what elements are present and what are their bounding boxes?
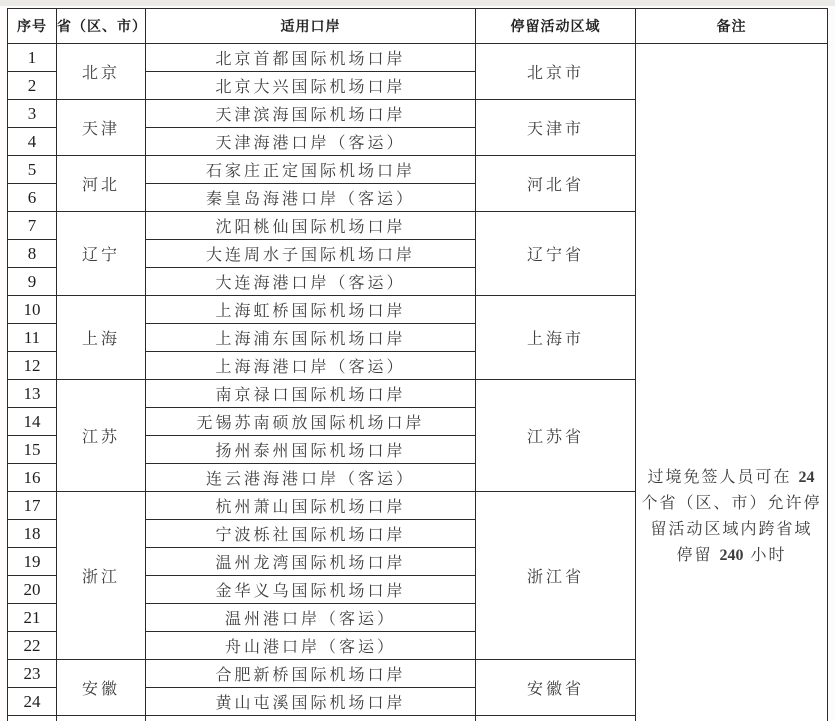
- port-cell: 天津滨海国际机场口岸: [146, 100, 476, 128]
- port-cell: 合肥新桥国际机场口岸: [146, 660, 476, 688]
- port-cell: 上海海港口岸（客运）: [146, 352, 476, 380]
- cutoff-cell: [476, 716, 636, 721]
- port-cell: 杭州萧山国际机场口岸: [146, 492, 476, 520]
- province-cell: 河北: [57, 156, 146, 212]
- province-cell: 辽宁: [57, 212, 146, 296]
- port-cell: 石家庄正定国际机场口岸: [146, 156, 476, 184]
- port-cell: 大连海港口岸（客运）: [146, 268, 476, 296]
- province-cell: 浙江: [57, 492, 146, 660]
- port-cell: 大连周水子国际机场口岸: [146, 240, 476, 268]
- port-cell: 舟山港口岸（客运）: [146, 632, 476, 660]
- row-number-cell: 20: [8, 576, 57, 604]
- row-number-cell: 16: [8, 464, 57, 492]
- header-row: 序号 省（区、市） 适用口岸 停留活动区域 备注: [8, 9, 828, 44]
- row-number-cell: 24: [8, 688, 57, 716]
- row-number-cell: 14: [8, 408, 57, 436]
- row-number-cell: 12: [8, 352, 57, 380]
- row-number-cell: 19: [8, 548, 57, 576]
- note-line: 留活动区域内跨省域: [636, 517, 827, 543]
- row-number-cell: 18: [8, 520, 57, 548]
- row-number-cell: 8: [8, 240, 57, 268]
- cutoff-cell: [8, 716, 57, 721]
- row-number-cell: 21: [8, 604, 57, 632]
- port-cell: 秦皇岛海港口岸（客运）: [146, 184, 476, 212]
- port-cell: 上海虹桥国际机场口岸: [146, 296, 476, 324]
- port-cell: 南京禄口国际机场口岸: [146, 380, 476, 408]
- table-header: 序号 省（区、市） 适用口岸 停留活动区域 备注: [8, 9, 828, 44]
- note-line: 过境免签人员可在 24: [636, 465, 827, 491]
- cutoff-cell: [57, 716, 146, 721]
- port-cell: 金华义乌国际机场口岸: [146, 576, 476, 604]
- port-cell: 黄山屯溪国际机场口岸: [146, 688, 476, 716]
- region-cell: 河北省: [476, 156, 636, 212]
- header-applicable-ports: 适用口岸: [146, 9, 476, 44]
- region-cell: 天津市: [476, 100, 636, 156]
- region-cell: 江苏省: [476, 380, 636, 492]
- table-body: 1北京北京首都国际机场口岸北京市过境免签人员可在 24个省（区、市）允许停留活动…: [8, 44, 828, 721]
- note-text: 过境免签人员可在 24个省（区、市）允许停留活动区域内跨省域停留 240 小时: [636, 44, 827, 569]
- row-number-cell: 2: [8, 72, 57, 100]
- note-line: 个省（区、市）允许停: [636, 491, 827, 517]
- port-cell: 沈阳桃仙国际机场口岸: [146, 212, 476, 240]
- row-number-cell: 1: [8, 44, 57, 72]
- province-cell: 上海: [57, 296, 146, 380]
- row-number-cell: 9: [8, 268, 57, 296]
- port-cell: 北京首都国际机场口岸: [146, 44, 476, 72]
- note-cell: 过境免签人员可在 24个省（区、市）允许停留活动区域内跨省域停留 240 小时: [636, 44, 828, 721]
- province-cell: 天津: [57, 100, 146, 156]
- port-cell: 温州龙湾国际机场口岸: [146, 548, 476, 576]
- row-number-cell: 6: [8, 184, 57, 212]
- header-serial-number: 序号: [8, 9, 57, 44]
- note-line: 停留 240 小时: [636, 543, 827, 569]
- region-cell: 安徽省: [476, 660, 636, 716]
- port-cell: 温州港口岸（客运）: [146, 604, 476, 632]
- region-cell: 北京市: [476, 44, 636, 100]
- row-number-cell: 17: [8, 492, 57, 520]
- row-number-cell: 10: [8, 296, 57, 324]
- page-edge-strip: [0, 0, 835, 6]
- province-cell: 北京: [57, 44, 146, 100]
- port-cell: 宁波栎社国际机场口岸: [146, 520, 476, 548]
- header-remarks: 备注: [636, 9, 828, 44]
- ports-table: 序号 省（区、市） 适用口岸 停留活动区域 备注 1北京北京首都国际机场口岸北京…: [7, 8, 828, 721]
- cutoff-cell: [146, 716, 476, 721]
- row-number-cell: 7: [8, 212, 57, 240]
- port-cell: 无锡苏南硕放国际机场口岸: [146, 408, 476, 436]
- province-cell: 安徽: [57, 660, 146, 716]
- region-cell: 浙江省: [476, 492, 636, 660]
- port-cell: 连云港海港口岸（客运）: [146, 464, 476, 492]
- header-stay-area: 停留活动区域: [476, 9, 636, 44]
- province-cell: 江苏: [57, 380, 146, 492]
- port-cell: 上海浦东国际机场口岸: [146, 324, 476, 352]
- row-number-cell: 23: [8, 660, 57, 688]
- port-cell: 扬州泰州国际机场口岸: [146, 436, 476, 464]
- row-number-cell: 15: [8, 436, 57, 464]
- row-number-cell: 13: [8, 380, 57, 408]
- row-number-cell: 5: [8, 156, 57, 184]
- row-number-cell: 4: [8, 128, 57, 156]
- region-cell: 辽宁省: [476, 212, 636, 296]
- port-cell: 北京大兴国际机场口岸: [146, 72, 476, 100]
- row-number-cell: 3: [8, 100, 57, 128]
- header-province: 省（区、市）: [57, 9, 146, 44]
- port-cell: 天津海港口岸（客运）: [146, 128, 476, 156]
- row-number-cell: 11: [8, 324, 57, 352]
- region-cell: 上海市: [476, 296, 636, 380]
- table-row: 1北京北京首都国际机场口岸北京市过境免签人员可在 24个省（区、市）允许停留活动…: [8, 44, 828, 72]
- row-number-cell: 22: [8, 632, 57, 660]
